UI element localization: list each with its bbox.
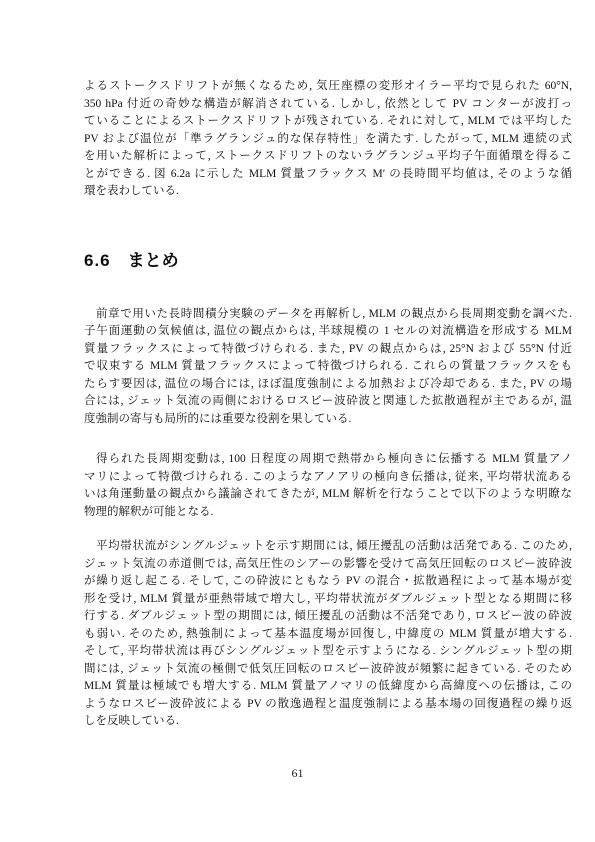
text-line: しを反映している. xyxy=(84,713,572,731)
document-page: よるストークスドリフトが無くなるため, 気圧座標の変形オイラー平均で見られた 6… xyxy=(0,0,595,842)
text-line: たらす要因は, 温位の場合には, ほぼ温度強制による加熱および冷却である. また… xyxy=(84,376,572,394)
text-body: よるストークスドリフトが無くなるため, 気圧座標の変形オイラー平均で見られた 6… xyxy=(84,78,572,731)
text-line: 行する. ダブルジェット型の期間には, 傾圧擾乱の活動は不活発であり, ロスビー… xyxy=(84,608,572,626)
text-line: 質量フラックスによって特徴づけられる. また, PV の観点からは, 25°N … xyxy=(84,341,572,359)
section-heading: 6.6まとめ xyxy=(84,249,572,273)
text-line: も弱い. そのため, 熱強制によって基本温度場が回復し, 中緯度の MLM 質量… xyxy=(84,626,572,644)
text-line: を用いた解析によって, ストークスドリフトのないラグランジュ平均子午面循環を得る… xyxy=(84,148,572,166)
text-line: で収束する MLM 質量フラックスによって特徴づけられる. これらの質量フラック… xyxy=(84,358,572,376)
text-line: PV および温位が「準ラグランジュ的な保存特性」を満たす. したがって, MLM… xyxy=(84,131,572,149)
section-number: 6.6 xyxy=(84,251,111,270)
text-line: ていることによるストークスドリフトが残されている. それに対して, MLM では… xyxy=(84,113,572,131)
text-line: マリによって特徴づけられる. このようなアノアリの極向き伝播は, 従来, 平均帯… xyxy=(84,469,572,487)
text-line: ジェット気流の赤道側では, 高気圧性のシアーの影響を受けて高気圧回転のロスビー波… xyxy=(84,556,572,574)
text-line: 得られた長周期変動は, 100 日程度の周期で熱帯から極向きに伝播する MLM … xyxy=(84,451,572,469)
text-line: 形を受け, MLM 質量が亜熱帯域で増大し, 平均帯状流がダブルジェット型となる… xyxy=(84,591,572,609)
paragraph: よるストークスドリフトが無くなるため, 気圧座標の変形オイラー平均で見られた 6… xyxy=(84,78,572,201)
text-line: 350 hPa 付近の奇妙な構造が解消されている. しかし, 依然として PV … xyxy=(84,96,572,114)
text-line: MLM 質量は極域でも増大する. MLM 質量アノマリの低緯度から高緯度への伝播… xyxy=(84,678,572,696)
text-line: ようなロスビー波砕波による PV の散逸過程と温度強制による基本場の回復過程の繰… xyxy=(84,696,572,714)
paragraph: 前章で用いた長時間積分実験のデータを再解析し, MLM の観点から長周期変動を調… xyxy=(84,306,572,429)
paragraph: 得られた長周期変動は, 100 日程度の周期で熱帯から極向きに伝播する MLM … xyxy=(84,451,572,521)
text-line: 合には, ジェット気流の両側におけるロスビー波砕波と関連した拡散過程が主であるが… xyxy=(84,393,572,411)
page-number: 61 xyxy=(0,765,595,781)
text-line: よるストークスドリフトが無くなるため, 気圧座標の変形オイラー平均で見られた 6… xyxy=(84,78,572,96)
section-title: まとめ xyxy=(128,251,179,270)
text-line: 子午面運動の気候値は, 温位の観点からは, 半球規模の 1 セルの対流構造を形成… xyxy=(84,323,572,341)
text-line: いは角運動量の観点から議論されてきたが, MLM 解析を行なうことで以下のような… xyxy=(84,486,572,504)
text-line: とができる. 図 6.2a に示した MLM 質量フラックス M′ の長時間平均… xyxy=(84,166,572,184)
text-line: が繰り返し起こる. そして, この砕波にともなう PV の混合・拡散過程によって… xyxy=(84,573,572,591)
text-line: 物理的解釈が可能となる. xyxy=(84,504,572,522)
text-line: 環を表わしている. xyxy=(84,183,572,201)
text-line: 度強制の寄与も局所的には重要な役割を果している. xyxy=(84,411,572,429)
text-line: 平均帯状流がシングルジェットを示す期間には, 傾圧擾乱の活動は活発である. この… xyxy=(84,538,572,556)
paragraph: 平均帯状流がシングルジェットを示す期間には, 傾圧擾乱の活動は活発である. この… xyxy=(84,538,572,731)
text-line: 間には, ジェット気流の極側で低気圧回転のロスビー波砕波が頻繁に起きている. そ… xyxy=(84,661,572,679)
text-line: そして, 平均帯状流は再びシングルジェット型を示すようになる. シングルジェット… xyxy=(84,643,572,661)
text-line: 前章で用いた長時間積分実験のデータを再解析し, MLM の観点から長周期変動を調… xyxy=(84,306,572,324)
